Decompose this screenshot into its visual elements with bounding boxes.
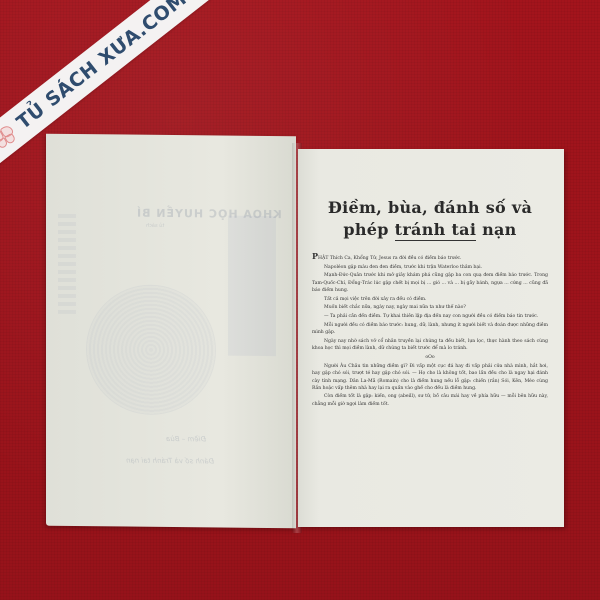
chapter-title-line-1: Điềm, bùa, đánh số và [312, 197, 548, 219]
bleed-through-panel [228, 216, 276, 357]
body-paragraph: Muốn biết chắc nữa, ngày nay, ngày mai n… [312, 304, 548, 311]
drop-cap: P [312, 251, 318, 261]
left-page: KHOA HỌC HUYỀN BÍ tủ sách Điềm – Bùa Đán… [46, 134, 296, 529]
chapter-title-line-2: phép tránh tai nạn [312, 219, 548, 241]
bleed-through-caption-1: Điềm – Bùa [166, 435, 206, 443]
bleed-through-seal [86, 284, 216, 415]
title-word-nan: nạn [482, 220, 517, 239]
body-paragraph: Tất cả mọi việc trên đời xảy ra đều có đ… [312, 296, 548, 303]
body-paragraph: Còn điềm tốt là gặp: kiến, ong (abeill),… [312, 393, 548, 407]
body-paragraph: — Ta phải cần đến điềm. Tự khai thiên lậ… [312, 313, 548, 320]
body-paragraph: Ngày nay nhờ sách vở cổ nhân truyền lại … [312, 338, 548, 352]
title-underlined-words: tránh tai [395, 220, 477, 241]
right-page: Điềm, bùa, đánh số và phép tránh tai nạn… [298, 149, 564, 527]
body-paragraph: Mạnh-Đức-Quân trước khi mở giây khám phá… [312, 272, 548, 294]
section-separator: oOo [312, 354, 548, 361]
bleed-through-strip [58, 214, 76, 314]
body-paragraph: Mỗi người đều có điềm báo trước: hung, d… [312, 322, 548, 336]
open-book: KHOA HỌC HUYỀN BÍ tủ sách Điềm – Bùa Đán… [46, 135, 566, 535]
title-word-phep: phép [343, 220, 388, 239]
bleed-through-subtitle: tủ sách [146, 223, 164, 229]
body-paragraph: PHẬT Thích Ca, Khổng Tử, Jesus ra đời đề… [312, 253, 548, 262]
bleed-through-caption-2: Đánh số và Tránh tai nạn [126, 457, 214, 466]
chapter-content: Điềm, bùa, đánh số và phép tránh tai nạn… [312, 197, 548, 409]
body-paragraph: Napoléon gặp màu đen đen điềm, trước khi… [312, 264, 548, 271]
chapter-title: Điềm, bùa, đánh số và phép tránh tai nạn [312, 197, 548, 241]
body-paragraph: Người Âu Châu tin những điềm gì? Đi vấp … [312, 363, 548, 392]
butterfly-icon [0, 124, 18, 151]
chapter-body: PHẬT Thích Ca, Khổng Tử, Jesus ra đời đề… [312, 253, 548, 408]
